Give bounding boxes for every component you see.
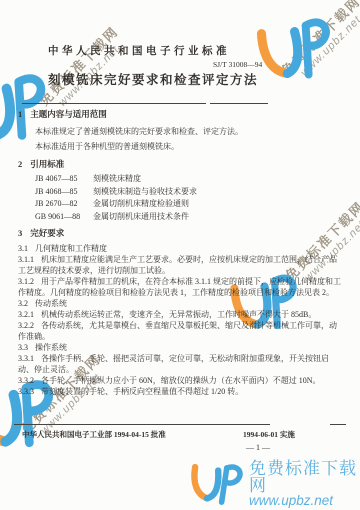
clause-number: 3.3 (18, 343, 28, 352)
clause-number: 3.3.1 (18, 354, 34, 363)
section-1-title: 主题内容与适用范围 (30, 109, 107, 119)
reference-item: GB 9061—88金属切削机床通用技术条件 (18, 211, 342, 224)
clause-text: 用于产品零件精加工的机床，在符合本标准 3.1.1 规定的前提下，应检验几何精度… (18, 277, 341, 297)
implementation-date: 1994-06-01 实施 (243, 429, 295, 440)
clause-3-3-1: 3.3.1各操作手柄、手轮、摇把灵活可靠，定位可靠，无松动和附加重现象，开关按钮… (18, 353, 342, 375)
clause-text: 带刻度装置的手轮、手柄反向空程量值不得超过 1/20 转。 (41, 387, 243, 396)
clause-number: 3.2.2 (18, 321, 34, 330)
footer-rule-right (330, 424, 346, 425)
clause-3-3-3: 3.3.3带刻度装置的手轮、手柄反向空程量值不得超过 1/20 转。 (18, 386, 342, 397)
section-3-heading: 3完好要求 (18, 228, 342, 239)
page-number: — 1 — (240, 443, 276, 452)
section-2-heading: 2引用标准 (18, 159, 342, 170)
footer-rule-left (14, 424, 270, 425)
up-logo-top-right (245, 12, 344, 91)
clause-number: 3.2 (18, 299, 28, 308)
document-body: 1主题内容与适用范围 本标准规定了普通刻模铣床的完好要求和检查、评定方法。 本标… (18, 109, 342, 397)
reference-name: 金属切削机床通用技术条件 (93, 212, 189, 221)
header-rule-right (210, 103, 268, 104)
clause-text: 各操作手柄、手轮、摇把灵活可靠，定位可靠，无松动和附加重现象，开关按钮启动、停止… (18, 354, 329, 374)
section-3-number: 3 (18, 228, 22, 238)
clause-text: 传动系统 (35, 299, 67, 308)
section-1-heading: 1主题内容与适用范围 (18, 109, 342, 120)
reference-item: JB 4068—85刻模铣床制造与验收技术要求 (18, 186, 342, 199)
reference-code: JB 2670—82 (35, 198, 93, 211)
clause-text: 各手轮、手柄操纵力应小于 60N，缩放仪的操纵力（在水平面内）不超过 10N。 (41, 376, 321, 385)
clause-3-1: 3.1几何精度和工作精度 (18, 243, 342, 254)
clause-number: 3.3.3 (18, 387, 34, 396)
clause-text: 各传动系统，尤其是靠模台、垂直缩尺及靠板托架、缩尺及滑针等机械工作可靠，动作准确… (18, 321, 337, 341)
scanned-standard-page: 免费标准下载网 www.upbz.net 免费标准下载网 www.upbz.ne… (0, 0, 360, 510)
watermark-site-name: 免费标准下载网 (34, 21, 122, 109)
upbz-logo-icon (245, 12, 344, 91)
reference-name: 刻模铣床精度 (93, 174, 141, 183)
clause-number: 3.1.1 (18, 255, 34, 264)
approval-line: 中华人民共和国电子工业部 1994-04-15 批准 (22, 429, 166, 440)
reference-code: JB 4067—85 (35, 173, 93, 186)
clause-number: 3.1 (18, 244, 28, 253)
reference-name: 金属切削机床精度检验通则 (93, 199, 189, 208)
reference-item: JB 4067—85刻模铣床精度 (18, 173, 342, 186)
section-3-title: 完好要求 (30, 228, 64, 238)
reference-code: GB 9061—88 (35, 211, 93, 224)
clause-number: 3.2.1 (18, 310, 34, 319)
brand-site-url: www.upbz.net (249, 494, 360, 508)
watermark: 免费标准下载网 www.upbz.net (276, 0, 360, 88)
section-1-paragraph: 本标准适用于各种机型的普通刻模铣床。 (18, 140, 342, 153)
section-1-paragraph: 本标准规定了普通刻模铣床的完好要求和检查、评定方法。 (18, 125, 342, 138)
clause-text: 机械传动系统运转正常，变速齐全，无异常振动，工作时噪声不得大于 85dB。 (41, 310, 316, 319)
clause-3-2-2: 3.2.2各传动系统，尤其是靠模台、垂直缩尺及靠板托架、缩尺及滑针等机械工作可靠… (18, 320, 342, 342)
brand-text: 免费标准下载网 www.upbz.net (249, 460, 360, 508)
section-2-number: 2 (18, 159, 22, 169)
clause-3-1-2: 3.1.2用于产品零件精加工的机床，在符合本标准 3.1.1 规定的前提下，应检… (18, 276, 342, 298)
upbz-brand: 免费标准下载网 www.upbz.net (184, 460, 360, 508)
watermark-site-name: 免费标准下载网 (276, 0, 360, 79)
clause-number: 3.1.2 (18, 277, 34, 286)
clause-text: 操作系统 (35, 343, 67, 352)
clause-3-3-2: 3.3.2各手轮、手柄操纵力应小于 60N，缩放仪的操纵力（在水平面内）不超过 … (18, 375, 342, 386)
clause-number: 3.3.2 (18, 376, 34, 385)
clause-text: 几何精度和工作精度 (35, 244, 107, 253)
document-title: 刻模铣床完好要求和检查评定方法 (48, 70, 258, 88)
brand-site-name: 免费标准下载网 (249, 460, 360, 494)
clause-3-1-1: 3.1.1机床加工精度应能满足生产工艺要求。必要时，应按机床规定的加工范围，结合… (18, 254, 342, 276)
clause-3-3: 3.3操作系统 (18, 342, 342, 353)
watermark-site-url: www.upbz.net (290, 5, 360, 88)
standard-org-line: 中华人民共和国电子行业标准 (48, 43, 230, 58)
reference-code: JB 4068—85 (35, 186, 93, 199)
reference-name: 刻模铣床制造与验收技术要求 (93, 187, 197, 196)
section-1-number: 1 (18, 109, 22, 119)
upbz-logo-icon (184, 462, 246, 506)
standard-number: SJ/T 31008—94 (213, 60, 262, 69)
reference-item: JB 2670—82金属切削机床精度检验通则 (18, 198, 342, 211)
clause-text: 机床加工精度应能满足生产工艺要求。必要时，应按机床规定的加工范围，结合产品工艺规… (18, 255, 337, 275)
clause-3-2: 3.2传动系统 (18, 298, 342, 309)
up-logo-brand (184, 462, 246, 506)
header-rule-left (22, 103, 206, 104)
section-2-title: 引用标准 (30, 159, 64, 169)
clause-3-2-1: 3.2.1机械传动系统运转正常，变速齐全，无异常振动，工作时噪声不得大于 85d… (18, 309, 342, 320)
watermark-top-right: 免费标准下载网 www.upbz.net (276, 0, 360, 88)
